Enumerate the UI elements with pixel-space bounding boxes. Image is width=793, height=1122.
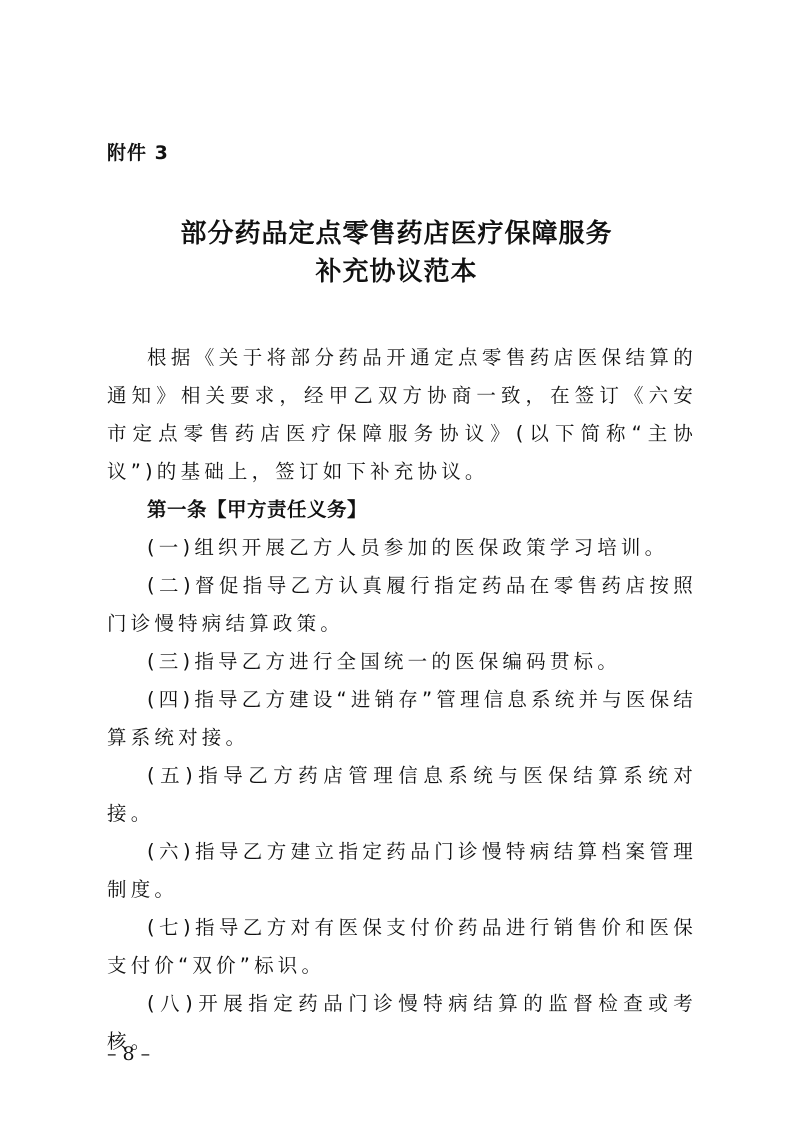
article-1-heading: 第一条【甲方责任义务】 [107,491,697,529]
document-title-line-2: 补充协议范本 [0,251,793,288]
article-1-item-8: (八)开展指定药品门诊慢特病结算的监督检查或考核。 [107,985,697,1061]
annex-label: 附件 3 [107,138,169,165]
article-1-item-6: (六)指导乙方建立指定药品门诊慢特病结算档案管理制度。 [107,833,697,909]
article-1-item-7: (七)指导乙方对有医保支付价药品进行销售价和医保支付价“双价”标识。 [107,909,697,985]
page-number: – 8 – [107,1043,150,1065]
document-body: 根据《关于将部分药品开通定点零售药店医保结算的通知》相关要求，经甲乙双方协商一致… [107,339,697,1061]
article-1-item-3: (三)指导乙方进行全国统一的医保编码贯标。 [107,643,697,681]
article-1-item-2: (二)督促指导乙方认真履行指定药品在零售药店按照门诊慢特病结算政策。 [107,567,697,643]
article-1-item-1: (一)组织开展乙方人员参加的医保政策学习培训。 [107,529,697,567]
document-title-line-1: 部分药品定点零售药店医疗保障服务 [0,213,793,250]
article-1-item-5: (五)指导乙方药店管理信息系统与医保结算系统对接。 [107,757,697,833]
intro-paragraph: 根据《关于将部分药品开通定点零售药店医保结算的通知》相关要求，经甲乙双方协商一致… [107,339,697,491]
article-1-item-4: (四)指导乙方建设“进销存”管理信息系统并与医保结算系统对接。 [107,681,697,757]
